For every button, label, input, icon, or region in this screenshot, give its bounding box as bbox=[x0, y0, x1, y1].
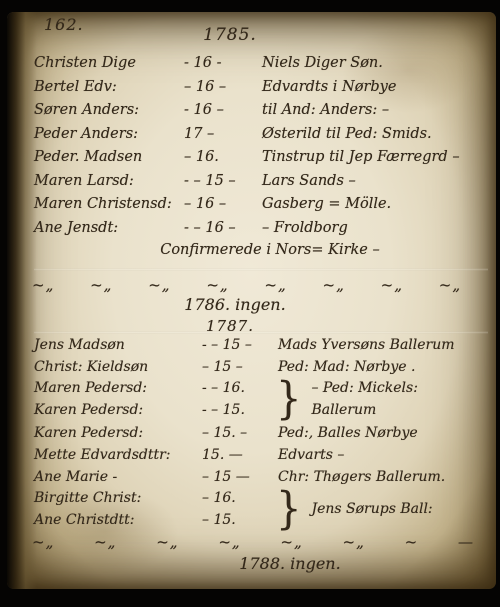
record-age: - – 15. bbox=[202, 399, 278, 421]
record-row: Karen Pedersd:- – 15. bbox=[34, 399, 280, 421]
record-age: - 16 - bbox=[184, 52, 262, 76]
record-name: Peder. Madsen bbox=[34, 146, 184, 170]
record-row: Peder Anders:17 –Østerild til Ped: Smids… bbox=[34, 123, 486, 147]
record-age: - – 16. bbox=[202, 377, 278, 399]
record-name: Søren Anders: bbox=[34, 99, 184, 123]
record-age: – 16 – bbox=[184, 76, 262, 100]
record-age: - – 15 – bbox=[202, 334, 278, 356]
record-name: Peder Anders: bbox=[34, 123, 184, 147]
record-age: – 16. bbox=[202, 487, 278, 509]
record-name: Jens Madsøn bbox=[34, 334, 202, 356]
ditto-squiggle-line: ~„ ~„ ~„ ~„ ~„ ~„ ~„ ~„ bbox=[32, 276, 488, 294]
ditto-squiggle-line: ~„ ~„ ~„ ~„ ~„ ~„ ~ — bbox=[32, 533, 462, 551]
record-row: Ane Christdtt:– 15. bbox=[34, 509, 280, 531]
record-name: Maren Christensd: bbox=[34, 193, 184, 217]
record-age: – 15. bbox=[202, 509, 278, 531]
year-heading-1785: 1785. bbox=[0, 25, 460, 45]
record-row: Peder. Madsen– 16.Tinstrup til Jep Færre… bbox=[34, 146, 486, 170]
record-name: Christen Dige bbox=[34, 52, 184, 76]
record-row: Christ: Kieldsøn– 15 –Ped: Mad: Nørbye . bbox=[34, 356, 486, 378]
record-age: – 16. bbox=[184, 146, 262, 170]
record-note: – Ped: Mickels: Ballerum bbox=[311, 377, 486, 421]
records-1787-top: Jens Madsøn- – 15 –Mads Yversøns Balleru… bbox=[34, 334, 486, 378]
record-name: Bertel Edv: bbox=[34, 76, 184, 100]
record-note: Lars Sands – bbox=[262, 170, 486, 194]
record-name: Karen Pedersd: bbox=[34, 399, 202, 421]
record-group-braced: Maren Pedersd:- – 16. Karen Pedersd:- – … bbox=[34, 377, 486, 421]
record-note: til And: Anders: – bbox=[262, 99, 486, 123]
year-label-1786-none: 1786. ingen. bbox=[0, 295, 470, 314]
record-row: Maren Larsd:- – 15 –Lars Sands – bbox=[34, 170, 486, 194]
record-row: Karen Pedersd:– 15. –Ped:, Balles Nørbye bbox=[34, 422, 486, 444]
record-row: Jens Madsøn- – 15 –Mads Yversøns Balleru… bbox=[34, 334, 486, 356]
record-age: – 15 – bbox=[202, 356, 278, 378]
record-name: Ane Marie - bbox=[34, 466, 202, 488]
record-age: – 15 — bbox=[202, 466, 278, 488]
braced-rows: Maren Pedersd:- – 16. Karen Pedersd:- – … bbox=[34, 377, 280, 421]
record-name: Birgitte Christ: bbox=[34, 487, 202, 509]
record-age: – 15. – bbox=[202, 422, 278, 444]
confirmation-note-1785: Confirmerede i Nors= Kirke – bbox=[100, 242, 440, 258]
record-age: - – 16 – bbox=[184, 217, 262, 241]
curly-brace: } bbox=[276, 377, 301, 421]
record-row: Mette Edvardsdttr:15. —Edvarts – bbox=[34, 444, 486, 466]
record-note: Edvardts i Nørbye bbox=[262, 76, 486, 100]
record-note: Tinstrup til Jep Færregrd – bbox=[262, 146, 486, 170]
record-name: Ane Jensdt: bbox=[34, 217, 184, 241]
crease-line bbox=[34, 268, 488, 271]
record-group-braced: Birgitte Christ:– 16. Ane Christdtt:– 15… bbox=[34, 487, 486, 531]
record-name: Ane Christdtt: bbox=[34, 509, 202, 531]
record-row: Søren Anders:- 16 –til And: Anders: – bbox=[34, 99, 486, 123]
record-row: Ane Marie -– 15 —Chr: Thøgers Ballerum. bbox=[34, 466, 486, 488]
record-age: 15. — bbox=[202, 444, 278, 466]
record-name: Maren Pedersd: bbox=[34, 377, 202, 399]
record-name: Christ: Kieldsøn bbox=[34, 356, 202, 378]
record-note: Ped: Mad: Nørbye . bbox=[278, 356, 486, 378]
record-name: Karen Pedersd: bbox=[34, 422, 202, 444]
record-row: Ane Jensdt:- – 16 –– Froldborg bbox=[34, 217, 486, 241]
record-note: – Froldborg bbox=[262, 217, 486, 241]
record-row: Bertel Edv:– 16 –Edvardts i Nørbye bbox=[34, 76, 486, 100]
year-label-1788-none: 1788. ingen. bbox=[120, 554, 460, 573]
curly-brace: } bbox=[276, 487, 301, 531]
record-note: Chr: Thøgers Ballerum. bbox=[278, 466, 486, 488]
record-row: Birgitte Christ:– 16. bbox=[34, 487, 280, 509]
record-name: Mette Edvardsdttr: bbox=[34, 444, 202, 466]
year-heading-1787: 1787. bbox=[0, 317, 460, 335]
record-note: Mads Yversøns Ballerum bbox=[278, 334, 486, 356]
record-note: Østerild til Ped: Smids. bbox=[262, 123, 486, 147]
record-note: Gasberg = Mölle. bbox=[262, 193, 486, 217]
records-1787-mid: Karen Pedersd:– 15. –Ped:, Balles Nørbye… bbox=[34, 422, 486, 488]
record-row: Maren Pedersd:- – 16. bbox=[34, 377, 280, 399]
record-row: Christen Dige- 16 -Niels Diger Søn. bbox=[34, 52, 486, 76]
record-age: 17 – bbox=[184, 123, 262, 147]
record-note: Ped:, Balles Nørbye bbox=[278, 422, 486, 444]
record-age: - – 15 – bbox=[184, 170, 262, 194]
record-age: – 16 – bbox=[184, 193, 262, 217]
record-note: Edvarts – bbox=[278, 444, 486, 466]
record-row: Maren Christensd:– 16 –Gasberg = Mölle. bbox=[34, 193, 486, 217]
record-name: Maren Larsd: bbox=[34, 170, 184, 194]
braced-rows: Birgitte Christ:– 16. Ane Christdtt:– 15… bbox=[34, 487, 280, 531]
record-age: - 16 – bbox=[184, 99, 262, 123]
record-note: Jens Sørups Ball: bbox=[311, 498, 486, 520]
records-1785: Christen Dige- 16 -Niels Diger Søn. Bert… bbox=[34, 52, 486, 240]
manuscript-page-scan: 162. 1785. Christen Dige- 16 -Niels Dige… bbox=[0, 0, 500, 607]
record-note: Niels Diger Søn. bbox=[262, 52, 486, 76]
